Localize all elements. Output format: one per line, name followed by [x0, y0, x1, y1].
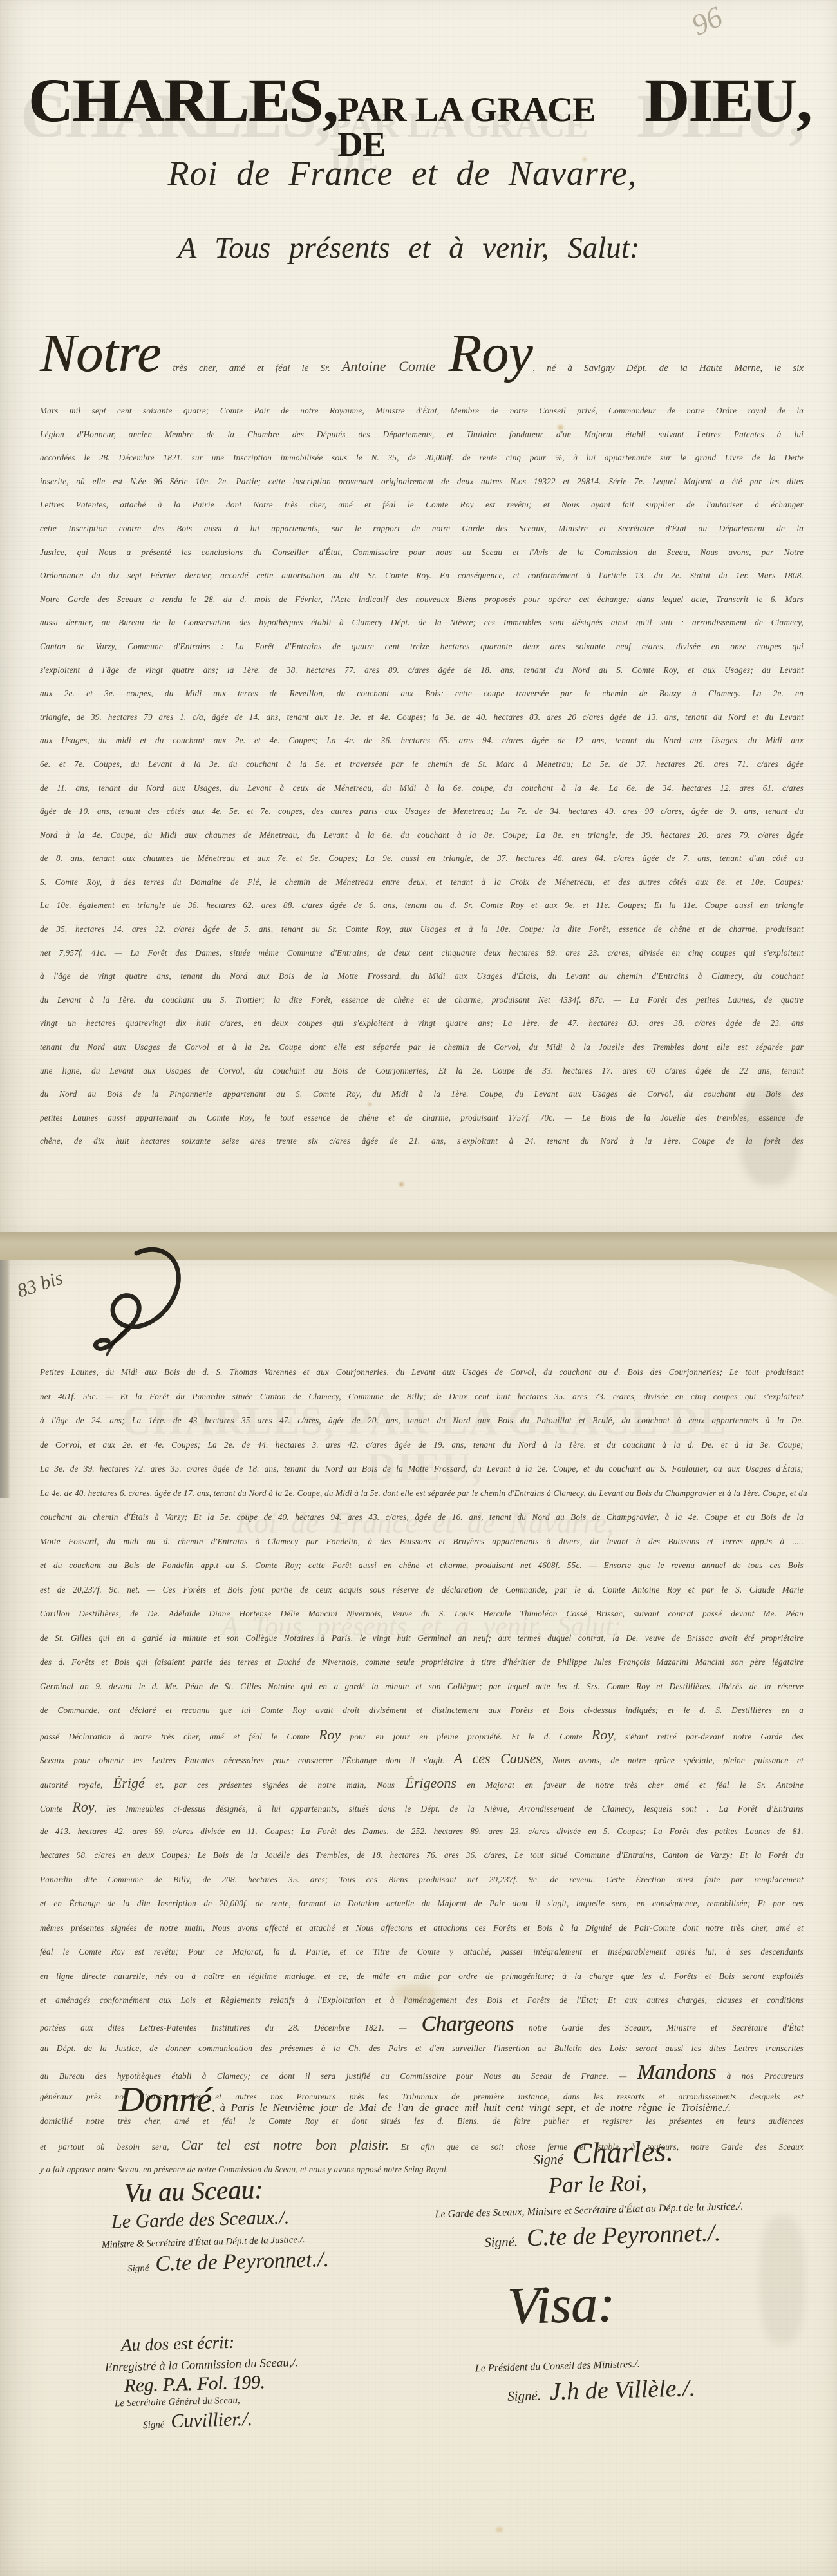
charles-name: Charles.: [572, 2134, 673, 2170]
manuscript-body-page2: Petites Launes, du Midi aux Bois du d. S…: [40, 1360, 804, 2181]
signature-cuvillier: SignéCuvillier./.: [143, 2409, 253, 2433]
manuscript-line: de 413. hectares 42. ares 69. c/ares div…: [40, 1819, 804, 1844]
manuscript-line: net 7,957f. 41c. — La Forêt des Dames, s…: [40, 942, 804, 965]
manuscript-line: aussi dernier, au Bureau de la Conservat…: [40, 611, 804, 635]
manuscript-line: aux 2e. et 3e. coupes, du Midi aux terre…: [40, 682, 804, 706]
manuscript-line: Notre très cher, amé et féal le Sr. Anto…: [40, 319, 804, 388]
manuscript-line: est de 20,237f. 9c. net. — Ces Forêts et…: [40, 1578, 804, 1602]
document-photo: 96 CHARLES, PAR LA GRACE DE DIEU, CHARLE…: [0, 0, 837, 2576]
manuscript-line: du Levant à la 1ère. du couchant au S. T…: [40, 989, 804, 1012]
signe-label: Signé: [127, 2263, 149, 2274]
manuscript-line: au Dépt. de la Justice, de donner commun…: [40, 2036, 804, 2061]
manuscript-line: Sceaux pour obtenir les Lettres Patentes…: [40, 1747, 804, 1771]
manuscript-line: Ordonnance du dix sept Février dernier, …: [40, 564, 804, 588]
manuscript-body-page1: Mars mil sept cent soixante quatre; Comt…: [40, 399, 804, 1153]
header-roi-de-france: Roi de France et de Navarre,: [122, 153, 682, 193]
manuscript-line: portées aux dites Lettres-Patentes Insti…: [40, 2012, 804, 2037]
manuscript-line: à l'âge de vingt quatre ans, tenant du N…: [40, 965, 804, 989]
manuscript-line: et partout où besoin sera, Car tel est n…: [40, 2133, 804, 2157]
header-dieu: DIEU,: [644, 70, 811, 131]
manuscript-line: du Nord au Bois de la Pinçonnerie appart…: [40, 1083, 804, 1106]
manuscript-line: Carillon Destillières, de De. Adélaïde D…: [40, 1602, 804, 1626]
header-par-la-grace: PAR LA GRACE DE: [337, 92, 644, 162]
villele-name: J.h de Villèle./.: [549, 2374, 695, 2405]
peyronnet-name: C.te de Peyronnet./.: [526, 2219, 720, 2251]
vu-au-sceau-heading: Vu au Sceau:: [124, 2173, 263, 2208]
par-le-roi-label: Par le Roi,: [549, 2170, 648, 2199]
manuscript-line: La 4e. de 40. hectares 6. c/ares, âgée d…: [40, 1481, 804, 1506]
manuscript-line: Notre Garde des Sceaux a rendu le 28. du…: [40, 588, 804, 612]
manuscript-line: mêmes présentes signées de notre main, N…: [40, 1916, 804, 1940]
manuscript-line: La 3e. de 39. hectares 72. ares 35. c/ar…: [40, 1457, 804, 1481]
manuscript-line: La 10e. également en triangle de 36. hec…: [40, 894, 804, 918]
manuscript-line: et aménagés conformément aux Lois et Règ…: [40, 1988, 804, 2012]
header-charles: CHARLES,: [28, 70, 337, 131]
au-dos-heading: Au dos est écrit:: [121, 2333, 235, 2356]
manuscript-line: féal le Comte Roy est revêtu; Pour ce Ma…: [40, 1940, 804, 1964]
manuscript-line: 6e. et 7e. Coupes, du Levant à la 3e. du…: [40, 753, 804, 777]
manuscript-line: Petites Launes, du Midi aux Bois du d. S…: [40, 1360, 804, 1385]
manuscript-line: cette Inscription contre des Bois aussi …: [40, 517, 804, 541]
manuscript-line: Justice, qui Nous a présenté les conclus…: [40, 541, 804, 565]
foxing-spot: [399, 1182, 404, 1186]
manuscript-line: accordées le 28. Décembre 1821. sur une …: [40, 446, 804, 470]
garde-des-sceaux-title-left: Le Garde des Sceaux./.: [111, 2206, 290, 2233]
manuscript-line: et en Échange de la dite Inscription de …: [40, 1891, 804, 1916]
pencil-folio-note: 96: [686, 0, 728, 43]
manuscript-line: de St. Gilles qui en a gardé la minute e…: [40, 1626, 804, 1651]
signature-villele: Signé.J.h de Villèle./.: [507, 2374, 695, 2407]
manuscript-line: Panardin dite Commune de Billy, de 208. …: [40, 1868, 804, 1892]
signe-label: Signé.: [484, 2233, 518, 2249]
manuscript-line: autorité royale, Érigé et, par ces prése…: [40, 1771, 804, 1795]
manuscript-line: de 8. ans, tenant aux chaumes de Ménetre…: [40, 847, 804, 871]
manuscript-line: aux Usages, du midi et du couchant aux 2…: [40, 729, 804, 753]
manuscript-line: couchant au chemin d'Étais à Varzy; Et l…: [40, 1505, 804, 1529]
manuscript-line: Germinal an 9. devant le d. Me. Péan de …: [40, 1674, 804, 1699]
calligraphic-paraph: [75, 1244, 197, 1360]
manuscript-line: Motte Fossard, du midi au d. chemin d'En…: [40, 1529, 804, 1554]
manuscript-line: en ligne directe naturelle, nés ou à naî…: [40, 1964, 804, 1989]
manuscript-line: Mars mil sept cent soixante quatre; Comt…: [40, 399, 804, 423]
manuscript-line: à l'âge de 24. ans; La 1ère. de 43 hecta…: [40, 1408, 804, 1433]
cuvillier-name: Cuvillier./.: [171, 2409, 252, 2432]
manuscript-line: Lettres Patentes, attaché à la Pairie do…: [40, 493, 804, 517]
registre-folio-line: Reg. P.A. Fol. 199.: [124, 2372, 265, 2397]
manuscript-line: de 35. hectares 14. ares 32. c/ares âgée…: [40, 918, 804, 942]
manuscript-line: chêne, de dix huit hectares soixante sei…: [40, 1130, 804, 1153]
signe-label: Signé: [143, 2420, 165, 2430]
manuscript-line: Nord à la 4e. Coupe, du Midi aux chaumes…: [40, 824, 804, 848]
manuscript-line: de Corvol, et aux 2e. et 4e. Coupes; La …: [40, 1433, 804, 1457]
royal-header: CHARLES, PAR LA GRACE DE DIEU,: [28, 70, 811, 162]
manuscript-line: de 11. ans, tenant du Nord aux Usages, d…: [40, 777, 804, 800]
signature-charles: SignéCharles.: [532, 2134, 673, 2172]
manuscript-line: passé Déclaration à notre très cher, amé…: [40, 1723, 804, 1747]
signe-label: Signé.: [507, 2387, 541, 2403]
manuscript-line: hectares 98. c/ares en deux Coupes; Le B…: [40, 1843, 804, 1868]
manuscript-line: Comte Roy, les Immeubles ci-dessus désig…: [40, 1795, 804, 1819]
manuscript-line: net 401f. 55c. — Et la Forêt du Panardin…: [40, 1385, 804, 1409]
manuscript-opening-line: Notre très cher, amé et féal le Sr. Anto…: [40, 319, 804, 388]
visa-heading: Visa:: [507, 2273, 616, 2336]
manuscript-line: triangle, de 39. hectares 79 ares 1. c/a…: [40, 706, 804, 730]
manuscript-line: de Commande, ont déclaré et reconnu que …: [40, 1698, 804, 1723]
signe-label: Signé: [533, 2152, 563, 2168]
manuscript-line: une ligne, du Levant aux Usages de Corvo…: [40, 1059, 804, 1083]
manuscript-line: s'exploitent à l'âge de vingt quatre ans…: [40, 659, 804, 683]
manuscript-line: Donné, à Paris le Neuvième jour de Mai d…: [119, 2076, 731, 2123]
manuscript-line: et du couchant au Bois de Fondelin app.t…: [40, 1553, 804, 1578]
manuscript-line: vingt un hectares quatrevingt dix huit c…: [40, 1012, 804, 1036]
header-salutation: A Tous présents et à venir, Salut:: [97, 231, 721, 265]
manuscript-line: Canton de Varzy, Commune d'Entrains : La…: [40, 635, 804, 659]
manuscript-line: petites Launes aussi appartenant au Comt…: [40, 1106, 804, 1130]
page-1-sheet: 96 CHARLES, PAR LA GRACE DE DIEU, CHARLE…: [0, 0, 837, 1232]
manuscript-line: inscrite, où elle est N.ée 96 Série 10e.…: [40, 470, 804, 494]
page-edge-shadow: [0, 1260, 10, 1498]
manuscript-line: tenant du Nord aux Usages de Corvol et à…: [40, 1036, 804, 1059]
manuscript-line: âgée de 10. ans, tenant des côtés aux 4e…: [40, 800, 804, 824]
manuscript-line: des d. Forêts et Bois qui faisaient part…: [40, 1650, 804, 1674]
peyronnet-name: C.te de Peyronnet./.: [155, 2248, 330, 2276]
donne-closing-line: Donné, à Paris le Neuvième jour de Mai d…: [119, 2076, 731, 2123]
manuscript-line: S. Comte Roy, à des terres du Domaine de…: [40, 871, 804, 895]
manuscript-line: Légion d'Honneur, ancien Membre de la Ch…: [40, 423, 804, 447]
